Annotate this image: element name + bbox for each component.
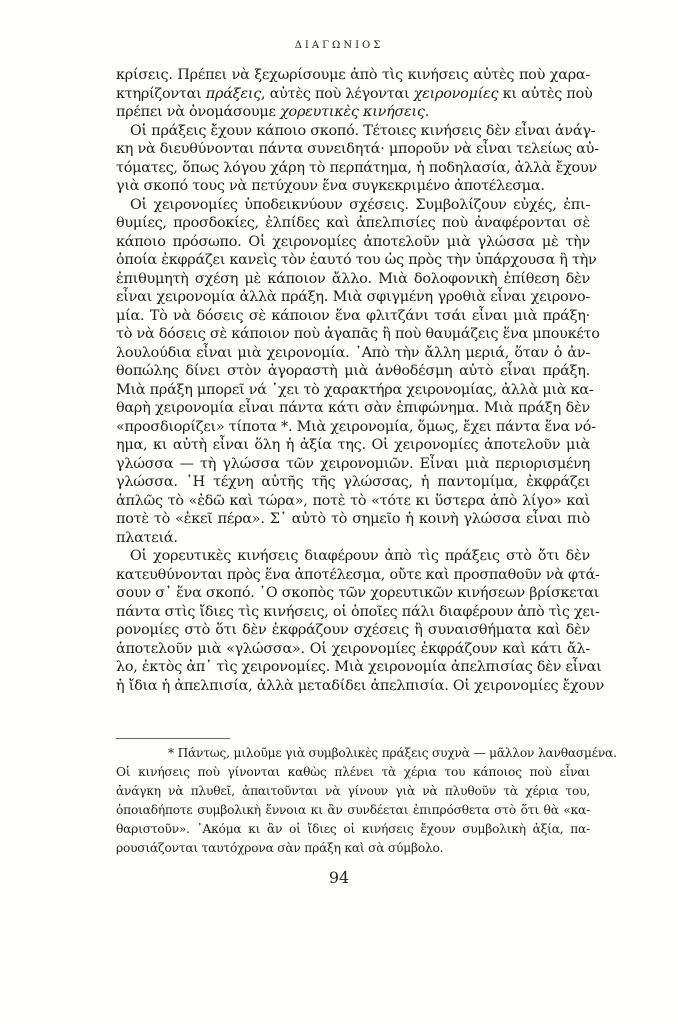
text-line: πάντα στὶς ἴδιες τὶς κινήσεις, οἱ ὁποῖες… <box>116 603 590 622</box>
text-segment: , αὐτὲς ποὺ λέγονται <box>261 86 414 102</box>
text-line: σουν σ᾿ ἕνα σκοπό. ῾Ο σκοπὸς τῶν χορευτι… <box>116 584 590 603</box>
text-line: γλώσσα — τὴ γλώσσα τῶν χειρονομιῶν. Εἶνα… <box>116 455 590 474</box>
footnote-line: * Πάντως, μιλοῦμε γιὰ συμβολικὲς πράξεις… <box>116 744 590 763</box>
text-line: κτηρίζονται πράξεις, αὐτὲς ποὺ λέγονται … <box>116 85 590 104</box>
text-line: θοπώλης δίνει στὸν ἀγοραστὴ μιὰ ἀνθοδέσμ… <box>116 362 590 381</box>
text-line: μία. Τὸ νὰ δόσεις σὲ κάποιον ἕνα φλιτζάν… <box>116 307 590 326</box>
text-segment: γιὰ σκοπό τους νὰ πετύχουν ἕνα συγκεκριμ… <box>116 178 545 194</box>
text-segment: λο, ἐκτὸς ἀπ᾿ τὶς χειρονομίες. Μιὰ χειρο… <box>116 659 602 675</box>
text-segment: σουν σ᾿ ἕνα σκοπό. ῾Ο σκοπὸς τῶν χορευτι… <box>116 585 599 601</box>
text-segment: ὁποία ἐκφράζει κανεὶς τὸν ἑαυτό του ὡς π… <box>116 252 597 268</box>
footnote: * Πάντως, μιλοῦμε γιὰ συμβολικὲς πράξεις… <box>116 744 590 858</box>
text-segment: τὸ νὰ δόσεις σὲ κάποιον ποὺ ἀγαπᾶς ἢ ποὺ… <box>116 326 600 342</box>
text-segment: κτηρίζονται <box>116 86 206 102</box>
text-line: κατευθύνονται πρὸς ἕνα ἀποτέλεσμα, οὔτε … <box>116 566 590 585</box>
text-segment: ἡ ἴδια ἡ ἀπελπισία, ἀλλὰ μεταδίδει ἀπελπ… <box>116 678 604 694</box>
book-page: ΔΙΑΓΩΝΙΟΣ κρίσεις. Πρέπει νὰ ξεχωρίσουμε… <box>0 0 678 1024</box>
text-segment: Οἱ χορευτικὲς κινήσεις διαφέρουν ἀπὸ τὶς… <box>130 548 590 564</box>
text-segment: γλώσσα — τὴ γλώσσα τῶν χειρονομιῶν. Εἶνα… <box>116 456 590 472</box>
footnote-line: ὁποιαδήποτε συμβολικὴ ἔννοια κι ἂν συνδέ… <box>116 801 590 820</box>
text-line: τὸ νὰ δόσεις σὲ κάποιον ποὺ ἀγαπᾶς ἢ ποὺ… <box>116 325 590 344</box>
text-segment: ἀποτελοῦν μιὰ «γλώσσα». Οἱ χειρονομίες ἐ… <box>116 641 590 657</box>
text-line: ποτὲ τὸ «ἐκεῖ πέρα». Σ᾿ αὐτὸ τὸ σημεῖο ἡ… <box>116 510 590 529</box>
running-head: ΔΙΑΓΩΝΙΟΣ <box>0 40 678 51</box>
page-number: 94 <box>0 868 678 887</box>
footnote-line: ἀνάγκη νὰ πλυθεῖ, ἀπαιτοῦνται νὰ γίνουν … <box>116 782 590 801</box>
text-line: «προσδιορίζει» τίποτα *. Μιὰ χειρονομία,… <box>116 418 590 437</box>
text-line: λουλούδια εἶναι μιὰ χειρονομία. ᾿Απὸ τὴν… <box>116 344 590 363</box>
body-text: κρίσεις. Πρέπει νὰ ξεχωρίσουμε ἀπὸ τὶς κ… <box>116 66 590 695</box>
text-line: Οἱ χορευτικὲς κινήσεις διαφέρουν ἀπὸ τὶς… <box>116 547 590 566</box>
text-line: Οἱ χειρονομίες ὑποδεικνύουν σχέσεις. Συμ… <box>116 196 590 215</box>
text-segment: ἐπιθυμητὴ σχέση μὲ κάποιον ἄλλο. Μιὰ δολ… <box>116 271 590 287</box>
text-segment: εἶναι χειρονομία ἀλλὰ πράξη. Μιὰ σφιγμέν… <box>116 289 590 305</box>
text-segment: Οἱ χειρονομίες ὑποδεικνύουν σχέσεις. Συμ… <box>130 197 590 213</box>
text-line: Οἱ πράξεις ἔχουν κάποιο σκοπό. Τέτοιες κ… <box>116 122 590 141</box>
text-line: θυμίες, προσδοκίες, ἐλπίδες καὶ ἀπελπισί… <box>116 214 590 233</box>
text-segment: πρέπει νὰ ὀνομάσουμε <box>116 104 280 120</box>
text-segment: θαρὴ χειρονομία εἶναι πάντα κάτι σὰν ἐπι… <box>116 400 590 416</box>
text-segment: «προσδιορίζει» τίποτα *. Μιὰ χειρονομία,… <box>116 419 596 435</box>
text-line: λο, ἐκτὸς ἀπ᾿ τὶς χειρονομίες. Μιὰ χειρο… <box>116 658 590 677</box>
text-segment: κη νὰ διευθύνονται πάντα συνειδητά· μπορ… <box>116 141 599 157</box>
text-line: γιὰ σκοπό τους νὰ πετύχουν ἕνα συγκεκριμ… <box>116 177 590 196</box>
text-line: πρέπει νὰ ὀνομάσουμε χορευτικὲς κινήσεις… <box>116 103 590 122</box>
footnote-line: θαριστοῦν». ᾿Ακόμα κι ἂν οἱ ἴδιες οἱ κιν… <box>116 820 590 839</box>
text-segment: ημα, κι αὐτὴ εἶναι ὅλη ἡ ἀξία της. Οἱ χε… <box>116 437 590 453</box>
text-line: ἁπλῶς τὸ «ἐδῶ καὶ τώρα», ποτὲ τὸ «τότε κ… <box>116 492 590 511</box>
text-segment: γλώσσα. ῾Η τέχνη αὐτῆς τῆς γλώσσας, ἡ πα… <box>116 474 590 490</box>
text-line: ὁποία ἐκφράζει κανεὶς τὸν ἑαυτό του ὡς π… <box>116 251 590 270</box>
text-line: εἶναι χειρονομία ἀλλὰ πράξη. Μιὰ σφιγμέν… <box>116 288 590 307</box>
italic-term: χορευτικὲς κινήσεις <box>280 104 425 120</box>
text-line: ημα, κι αὐτὴ εἶναι ὅλη ἡ ἀξία της. Οἱ χε… <box>116 436 590 455</box>
text-line: ἀποτελοῦν μιὰ «γλώσσα». Οἱ χειρονομίες ἐ… <box>116 640 590 659</box>
text-line: πλατειά. <box>116 529 590 548</box>
footnote-line: ρουσιάζονται ταυτόχρονα σὰν πράξη καὶ σὰ… <box>116 839 590 858</box>
text-segment: ἁπλῶς τὸ «ἐδῶ καὶ τώρα», ποτὲ τὸ «τότε κ… <box>116 493 590 509</box>
text-line: ἐπιθυμητὴ σχέση μὲ κάποιον ἄλλο. Μιὰ δολ… <box>116 270 590 289</box>
text-segment: Μιὰ πράξη μπορεῖ νά ᾿χει τὸ χαρακτήρα χε… <box>116 382 593 398</box>
text-line: ἡ ἴδια ἡ ἀπελπισία, ἀλλὰ μεταδίδει ἀπελπ… <box>116 677 590 696</box>
text-segment: Οἱ πράξεις ἔχουν κάποιο σκοπό. Τέτοιες κ… <box>130 123 595 139</box>
text-segment: πλατειά. <box>116 530 178 546</box>
text-segment: ποτὲ τὸ «ἐκεῖ πέρα». Σ᾿ αὐτὸ τὸ σημεῖο ἡ… <box>116 511 590 527</box>
text-line: κη νὰ διευθύνονται πάντα συνειδητά· μπορ… <box>116 140 590 159</box>
footnote-divider <box>116 738 230 739</box>
italic-term: πράξεις <box>206 86 261 102</box>
text-segment: μία. Τὸ νὰ δόσεις σὲ κάποιον ἕνα φλιτζάν… <box>116 308 590 324</box>
text-segment: κάποιο πρόσωπο. Οἱ χειρονομίες ἀποτελοῦν… <box>116 234 590 250</box>
text-line: γλώσσα. ῾Η τέχνη αὐτῆς τῆς γλώσσας, ἡ πα… <box>116 473 590 492</box>
text-line: ρονομίες στὸ ὅτι δὲν ἐκφράζουν σχέσεις ἢ… <box>116 621 590 640</box>
text-line: κρίσεις. Πρέπει νὰ ξεχωρίσουμε ἀπὸ τὶς κ… <box>116 66 590 85</box>
text-segment: τόματες, ὅπως λόγου χάρη τὸ περπάτημα, ἡ… <box>116 160 597 176</box>
text-line: θαρὴ χειρονομία εἶναι πάντα κάτι σὰν ἐπι… <box>116 399 590 418</box>
text-segment: κρίσεις. Πρέπει νὰ ξεχωρίσουμε ἀπὸ τὶς κ… <box>116 67 590 83</box>
text-segment: . <box>425 104 429 120</box>
text-segment: κι αὐτὲς ποὺ <box>498 86 592 102</box>
text-line: τόματες, ὅπως λόγου χάρη τὸ περπάτημα, ἡ… <box>116 159 590 178</box>
text-segment: ρονομίες στὸ ὅτι δὲν ἐκφράζουν σχέσεις ἢ… <box>116 622 590 638</box>
text-line: Μιὰ πράξη μπορεῖ νά ᾿χει τὸ χαρακτήρα χε… <box>116 381 590 400</box>
text-segment: θοπώλης δίνει στὸν ἀγοραστὴ μιὰ ἀνθοδέσμ… <box>116 363 590 379</box>
text-segment: κατευθύνονται πρὸς ἕνα ἀποτέλεσμα, οὔτε … <box>116 567 600 583</box>
italic-term: χειρονομίες <box>414 86 499 102</box>
footnote-line: Οἱ κινήσεις ποὺ γίνονται καθὼς πλένει τὰ… <box>116 763 590 782</box>
text-line: κάποιο πρόσωπο. Οἱ χειρονομίες ἀποτελοῦν… <box>116 233 590 252</box>
text-segment: πάντα στὶς ἴδιες τὶς κινήσεις, οἱ ὁποῖες… <box>116 604 600 620</box>
text-segment: θυμίες, προσδοκίες, ἐλπίδες καὶ ἀπελπισί… <box>116 215 590 231</box>
text-segment: λουλούδια εἶναι μιὰ χειρονομία. ᾿Απὸ τὴν… <box>116 345 590 361</box>
